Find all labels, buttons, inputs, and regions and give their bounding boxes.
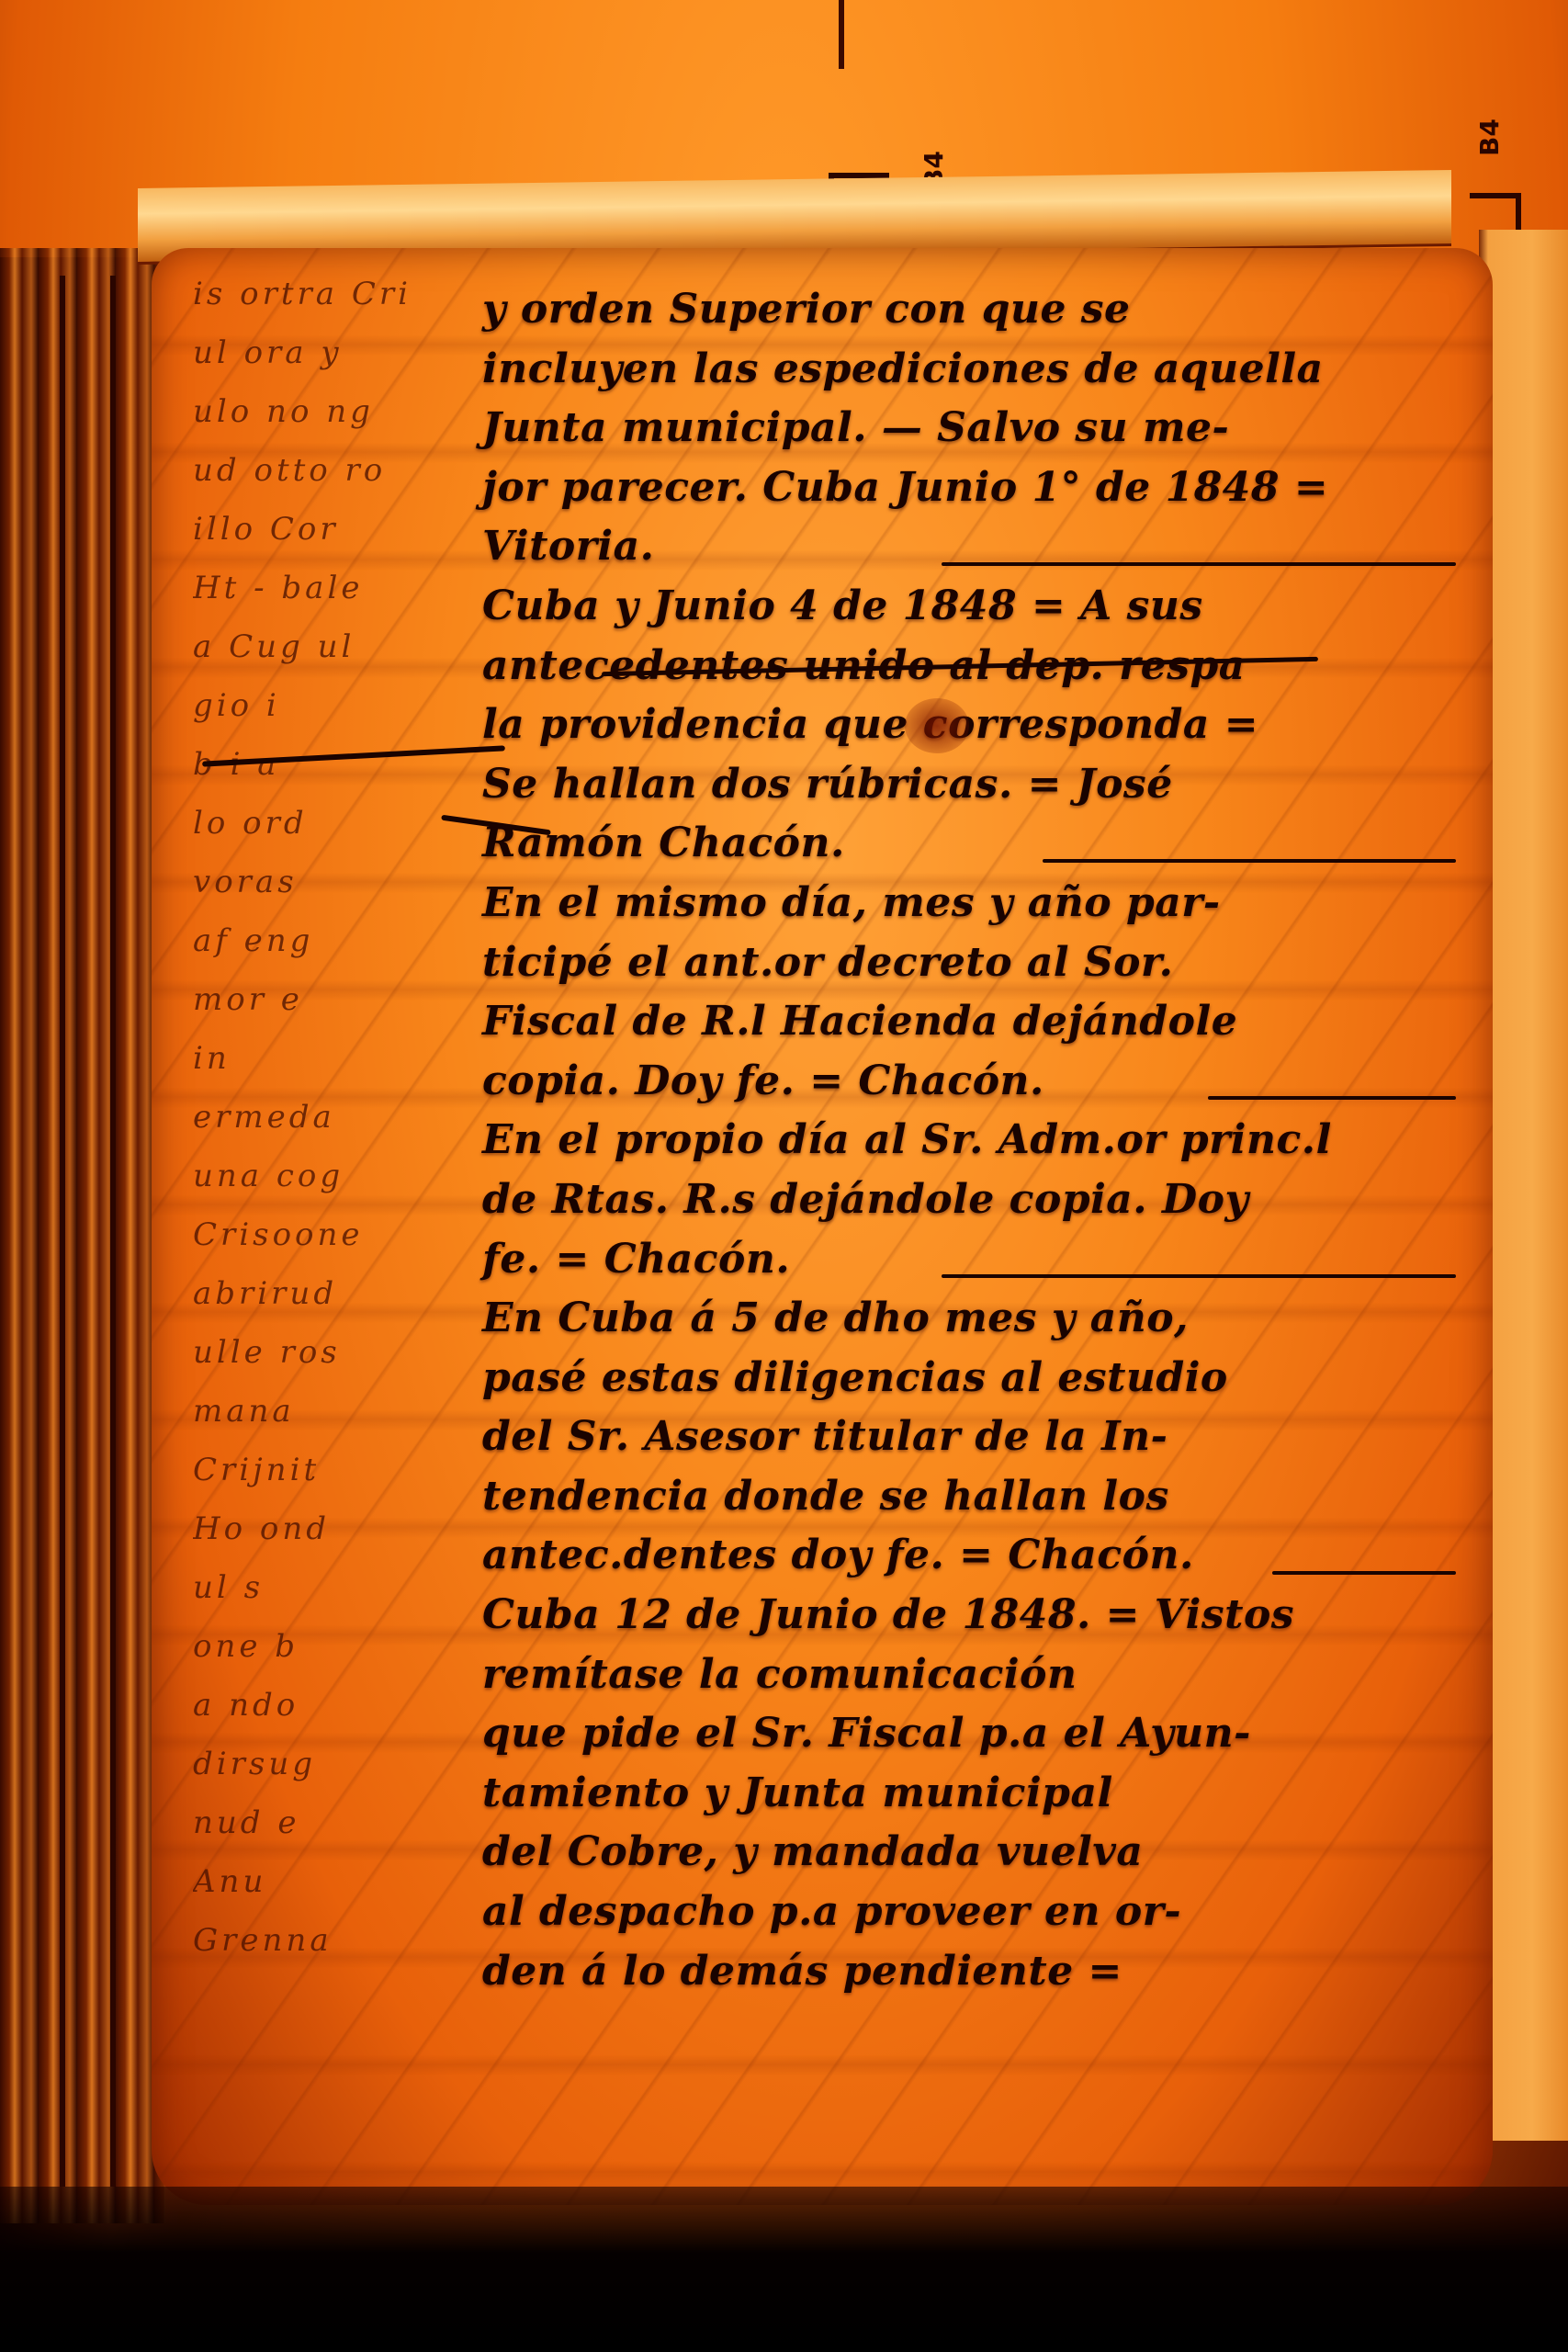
ghost-text-line: dirsug (193, 1746, 496, 1803)
left-margin-bleedthrough: is ortra Criul ora yulo no ngud otto roi… (193, 276, 496, 1981)
text-line: Cuba y Junio 4 de 1848 = A sus (482, 577, 1456, 637)
text-line: Cuba 12 de Junio de 1848. = Vistos (482, 1586, 1456, 1645)
text-line: tamiento y Junta municipal (482, 1764, 1456, 1824)
text-line: En el mismo día, mes y año par- (482, 874, 1456, 933)
book-page-edges (0, 248, 165, 2223)
ghost-text-line: Grenna (193, 1922, 496, 1979)
text-line: ticipé el ant.or decreto al Sor. (482, 933, 1456, 993)
text-line: Se hallan dos rúbricas. = José (482, 755, 1456, 815)
ghost-text-line: abrirud (193, 1275, 496, 1332)
b4-marker-right: B4 (1474, 119, 1505, 156)
text-line: Junta municipal. — Salvo su me- (482, 399, 1456, 458)
ghost-text-line: Ho ond (193, 1510, 496, 1567)
ghost-text-line: ul ora y (193, 334, 496, 391)
ghost-text-line: lo ord (193, 805, 496, 862)
text-line: de Rtas. R.s dejándole copia. Doy (482, 1170, 1456, 1230)
text-line: den á lo demás pendiente = (482, 1942, 1456, 2002)
text-line: incluyen las espediciones de aquella (482, 340, 1456, 400)
text-line: y orden Superior con que se (482, 280, 1456, 340)
ghost-text-line: illo Cor (193, 511, 496, 568)
text-line: remítase la comunicación (482, 1645, 1456, 1705)
ghost-text-line: one b (193, 1628, 496, 1685)
ruler-tick (839, 0, 844, 69)
text-line: que pide el Sr. Fiscal p.a el Ayun- (482, 1704, 1456, 1764)
ghost-text-line: ermeda (193, 1099, 496, 1156)
text-line: Fiscal de R.l Hacienda dejándole (482, 992, 1456, 1052)
ghost-text-line: ul s (193, 1569, 496, 1626)
ghost-text-line: gio i (193, 687, 496, 744)
ghost-text-line: voras (193, 864, 496, 921)
text-line: En Cuba á 5 de dho mes y año, (482, 1289, 1456, 1349)
ghost-text-line: a Cug ul (193, 628, 496, 685)
text-line: al despacho p.a proveer en or- (482, 1883, 1456, 1942)
ghost-text-line: Ht - bale (193, 570, 496, 627)
bottom-shadow (0, 2187, 1568, 2352)
ghost-text-line: mana (193, 1393, 496, 1450)
text-line: antec.dentes doy fe. = Chacón. (482, 1526, 1456, 1586)
ghost-text-line: ulle ros (193, 1334, 496, 1391)
text-line: del Cobre, y mandada vuelva (482, 1823, 1456, 1883)
text-line: En el propio día al Sr. Adm.or princ.l (482, 1111, 1456, 1170)
ghost-text-line: a ndo (193, 1687, 496, 1744)
page-edge-line (60, 276, 65, 2187)
text-line: jor parecer. Cuba Junio 1° de 1848 = (482, 458, 1456, 518)
manuscript-text: y orden Superior con que se incluyen las… (482, 280, 1456, 2001)
text-line: Ramón Chacón. (482, 814, 1456, 874)
text-line-struck: antecedentes unido al dep. respa (482, 637, 1456, 696)
ghost-text-line: ud otto ro (193, 452, 496, 509)
text-line: la providencia que corresponda = (482, 695, 1456, 755)
text-line: copia. Doy fe. = Chacón. (482, 1052, 1456, 1112)
ghost-text-line: af eng (193, 922, 496, 979)
page-edge-line (110, 276, 116, 2187)
text-line: del Sr. Asesor titular de la In- (482, 1408, 1456, 1467)
ghost-text-line: mor e (193, 981, 496, 1038)
ghost-text-line: ulo no ng (193, 393, 496, 450)
ghost-text-line: Crijnit (193, 1452, 496, 1509)
ghost-text-line: in (193, 1040, 496, 1097)
text-line: tendencia donde se hallan los (482, 1467, 1456, 1527)
ink-blot (905, 698, 969, 753)
ghost-text-line: is ortra Cri (193, 276, 496, 333)
ghost-text-line: Anu (193, 1863, 496, 1920)
text-line: fe. = Chacón. (482, 1230, 1456, 1290)
text-line: pasé estas diligencias al estudio (482, 1349, 1456, 1408)
ghost-text-line: una cog (193, 1158, 496, 1215)
ghost-text-line: Crisoone (193, 1216, 496, 1273)
ghost-text-line: nud e (193, 1804, 496, 1861)
text-line: Vitoria. (482, 517, 1456, 577)
